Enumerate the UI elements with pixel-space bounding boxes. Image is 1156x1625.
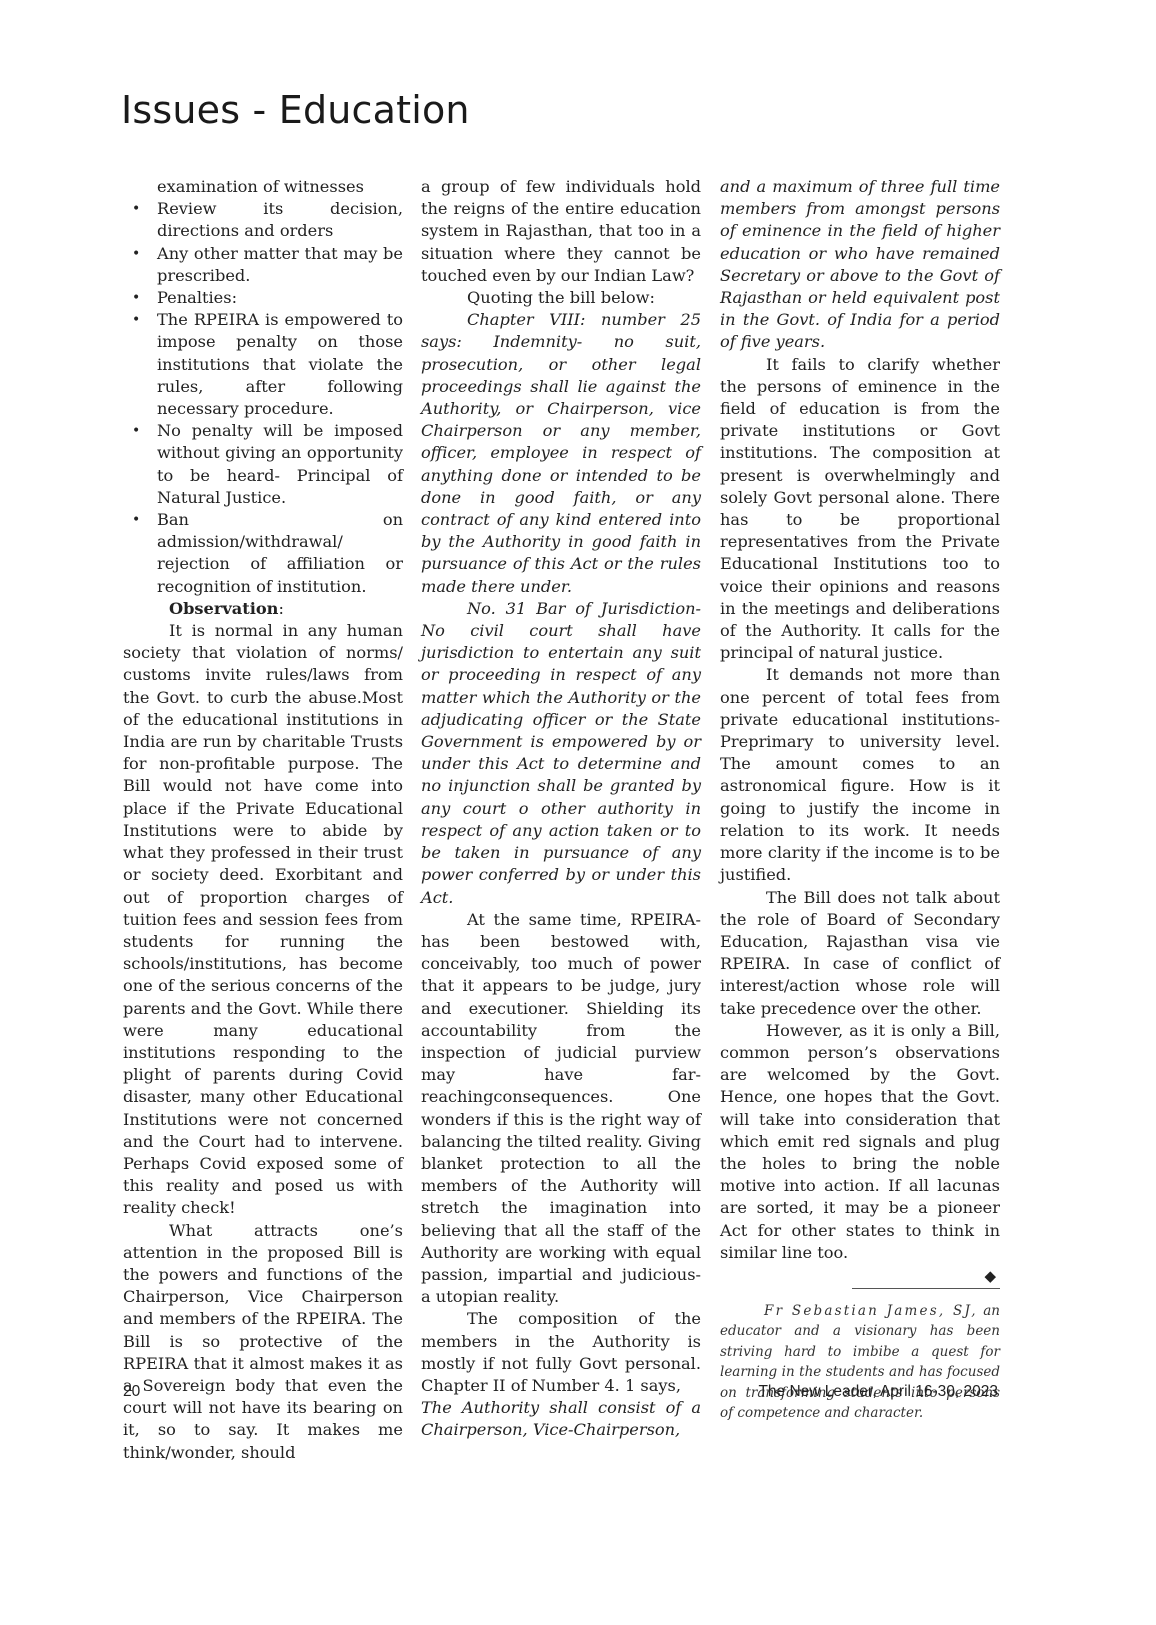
list-continuation: examination of witnesses: [123, 176, 403, 198]
author-bio-text: an educator and a visionary has been str…: [720, 1303, 1000, 1422]
body-paragraph: It demands not more than one percent of …: [720, 664, 1000, 886]
bullet-item: The RPEIRA is empowered to impose penalt…: [123, 309, 403, 420]
bio-divider: [852, 1288, 1000, 1289]
bill-quote-no-31: No. 31 Bar of Jurisdiction- No civil cou…: [421, 598, 701, 909]
bullet-item: Penalties:: [123, 287, 403, 309]
observation-colon: :: [278, 599, 283, 618]
body-paragraph: It fails to clarify whether the persons …: [720, 354, 1000, 665]
body-paragraph: The Bill does not talk about the role of…: [720, 887, 1000, 1020]
body-paragraph: However, as it is only a Bill, common pe…: [720, 1020, 1000, 1264]
article-column-1: examination of witnesses Review its deci…: [123, 176, 403, 1464]
bullet-item: Ban on admission/withdrawal/ rejection o…: [123, 509, 403, 598]
publication-footer: The New Leader, April 16-30, 2023: [758, 1383, 998, 1401]
body-paragraph: The composition of the members in the Au…: [421, 1308, 701, 1397]
observation-heading-text: Observation: [169, 599, 278, 618]
end-of-article-diamond-icon: ◆: [720, 1266, 1000, 1286]
bill-quote-chapter-2: The Authority shall consist of a Chairpe…: [421, 1397, 701, 1441]
page-number: 20: [123, 1383, 140, 1401]
author-name: Fr Sebastian James, SJ,: [720, 1303, 978, 1319]
body-paragraph-continuation: a group of few individuals hold the reig…: [421, 176, 701, 287]
powers-bullet-list: Review its decision, directions and orde…: [123, 198, 403, 598]
bill-quote-continuation: and a maximum of three full time members…: [720, 176, 1000, 354]
body-paragraph: At the same time, RPEIRA- has been besto…: [421, 909, 701, 1309]
article-column-2: a group of few individuals hold the reig…: [421, 176, 701, 1442]
bullet-item: Any other matter that may be prescribed.: [123, 243, 403, 287]
body-paragraph: What attracts one’s attention in the pro…: [123, 1220, 403, 1464]
article-column-3: and a maximum of three full time members…: [720, 176, 1000, 1424]
observation-heading: Observation:: [123, 598, 403, 620]
author-bio: Fr Sebastian James, SJ, an educator and …: [720, 1301, 1000, 1424]
bullet-item: Review its decision, directions and orde…: [123, 198, 403, 242]
section-title: Issues - Education: [121, 88, 470, 132]
bill-quote-chapter-8: Chapter VIII: number 25 says: Indemnity-…: [421, 309, 701, 598]
body-paragraph: It is normal in any human society that v…: [123, 620, 403, 1219]
quoting-intro: Quoting the bill below:: [421, 287, 701, 309]
bullet-item: No penalty will be imposed without givin…: [123, 420, 403, 509]
